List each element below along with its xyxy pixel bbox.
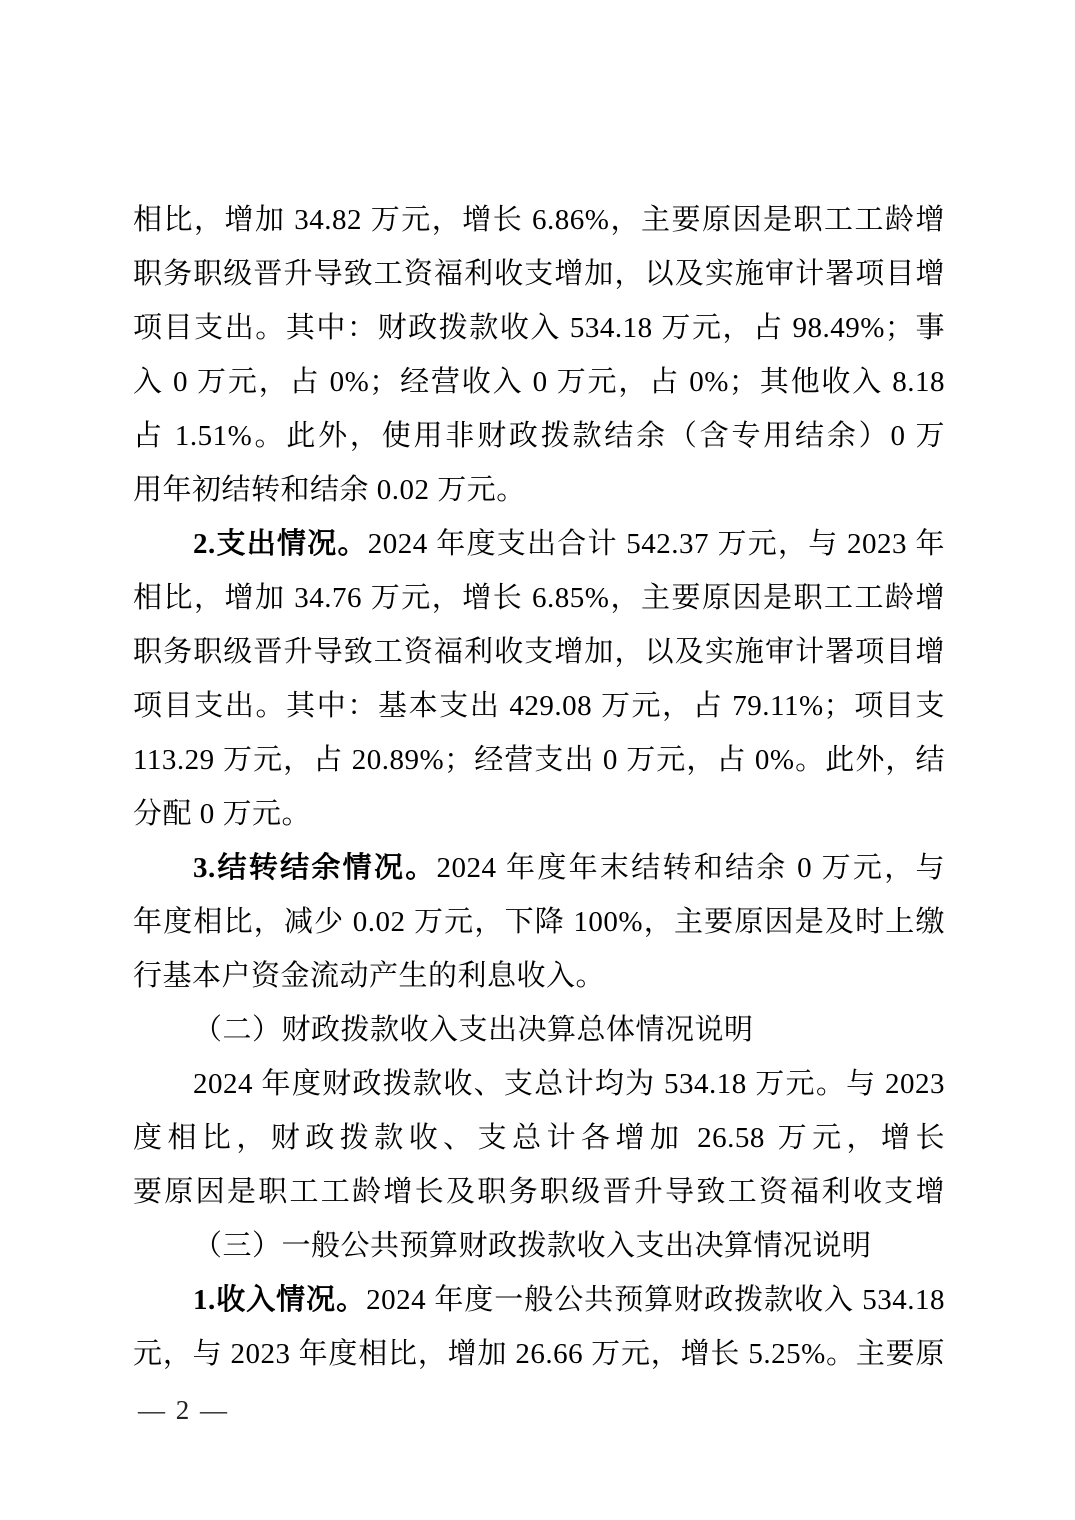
text-segment: 年度相比，减少 0.02 万元，下降 100%，主要原因是及时上缴银 [133, 906, 945, 949]
text-line: 3.结转结余情况。2024 年度年末结转和结余 0 万元，与 2023 [133, 841, 945, 895]
text-segment: 2024 年度财政拨款收、支总计均为 534.18 万元。与 2023 年 [193, 1068, 945, 1111]
text-segment: 113.29 万元，占 20.89%；经营支出 0 万元，占 0%。此外，结余 [133, 744, 945, 787]
text-segment: 职务职级晋升导致工资福利收支增加，以及实施审计署项目增加 [133, 636, 945, 679]
text-line: 2.支出情况。2024 年度支出合计 542.37 万元，与 2023 年度 [133, 517, 945, 571]
text-segment: 要原因是职工工龄增长及职务职级晋升导致工资福利收支增加。 [133, 1176, 945, 1219]
text-segment: 相比，增加 34.82 万元，增长 6.86%，主要原因是职工工龄增长及 [133, 204, 945, 247]
text-segment: 分配 0 万元。 [133, 798, 311, 830]
text-line: （三）一般公共预算财政拨款收入支出决算情况说明 [133, 1219, 945, 1273]
text-segment: 相比，增加 34.76 万元，增长 6.85%，主要原因是职工工龄增长及 [133, 582, 945, 625]
text-segment: 占 1.51%。此外，使用非财政拨款结余（含专用结余）0 万元，使 [133, 420, 945, 463]
text-line: 2024 年度财政拨款收、支总计均为 534.18 万元。与 2023 年 [133, 1057, 945, 1111]
text-line: 职务职级晋升导致工资福利收支增加，以及实施审计署项目增加 [133, 625, 945, 679]
text-line: 113.29 万元，占 20.89%；经营支出 0 万元，占 0%。此外，结余 [133, 733, 945, 787]
text-segment: （三）一般公共预算财政拨款收入支出决算情况说明 [193, 1230, 872, 1262]
text-line: 元，与 2023 年度相比，增加 26.66 万元，增长 5.25%。主要原因 [133, 1327, 945, 1381]
text-line: 职务职级晋升导致工资福利收支增加，以及实施审计署项目增加 [133, 247, 945, 301]
text-line: 入 0 万元，占 0%；经营收入 0 万元，占 0%；其他收入 8.18 万元， [133, 355, 945, 409]
text-segment: 项目支出。其中：基本支出 429.08 万元，占 79.11%；项目支出 [133, 690, 945, 733]
run-in-heading: 3.结转结余情况。 [193, 852, 437, 884]
text-segment: 元，与 2023 年度相比，增加 26.66 万元，增长 5.25%。主要原因 [133, 1338, 945, 1381]
text-line: 相比，增加 34.82 万元，增长 6.86%，主要原因是职工工龄增长及 [133, 193, 945, 247]
document-text-block: 相比，增加 34.82 万元，增长 6.86%，主要原因是职工工龄增长及职务职级… [133, 193, 945, 1381]
text-line: （二）财政拨款收入支出决算总体情况说明 [133, 1003, 945, 1057]
text-line: 要原因是职工工龄增长及职务职级晋升导致工资福利收支增加。 [133, 1165, 945, 1219]
run-in-heading: 2.支出情况。 [193, 528, 368, 560]
text-segment: 入 0 万元，占 0%；经营收入 0 万元，占 0%；其他收入 8.18 万元， [133, 366, 945, 409]
text-line: 用年初结转和结余 0.02 万元。 [133, 463, 945, 517]
text-line: 行基本户资金流动产生的利息收入。 [133, 949, 945, 1003]
text-line: 度相比，财政拨款收、支总计各增加 26.58 万元，增长 5.24%。主 [133, 1111, 945, 1165]
text-segment: 职务职级晋升导致工资福利收支增加，以及实施审计署项目增加 [133, 258, 945, 301]
text-line: 1.收入情况。2024 年度一般公共预算财政拨款收入 534.18 万 [133, 1273, 945, 1327]
document-page: 相比，增加 34.82 万元，增长 6.86%，主要原因是职工工龄增长及职务职级… [0, 0, 1075, 1520]
text-line: 相比，增加 34.76 万元，增长 6.85%，主要原因是职工工龄增长及 [133, 571, 945, 625]
text-segment: 行基本户资金流动产生的利息收入。 [133, 960, 605, 992]
text-line: 年度相比，减少 0.02 万元，下降 100%，主要原因是及时上缴银 [133, 895, 945, 949]
text-line: 项目支出。其中：财政拨款收入 534.18 万元，占 98.49%；事业收 [133, 301, 945, 355]
text-segment: （二）财政拨款收入支出决算总体情况说明 [193, 1014, 754, 1046]
text-line: 项目支出。其中：基本支出 429.08 万元，占 79.11%；项目支出 [133, 679, 945, 733]
text-line: 占 1.51%。此外，使用非财政拨款结余（含专用结余）0 万元，使 [133, 409, 945, 463]
text-segment: 度相比，财政拨款收、支总计各增加 26.58 万元，增长 5.24%。主 [133, 1122, 945, 1165]
text-segment: 用年初结转和结余 0.02 万元。 [133, 474, 526, 506]
text-line: 分配 0 万元。 [133, 787, 945, 841]
text-segment: 项目支出。其中：财政拨款收入 534.18 万元，占 98.49%；事业收 [133, 312, 945, 355]
run-in-heading: 1.收入情况。 [193, 1284, 366, 1316]
page-number: — 2 — [138, 1392, 229, 1428]
